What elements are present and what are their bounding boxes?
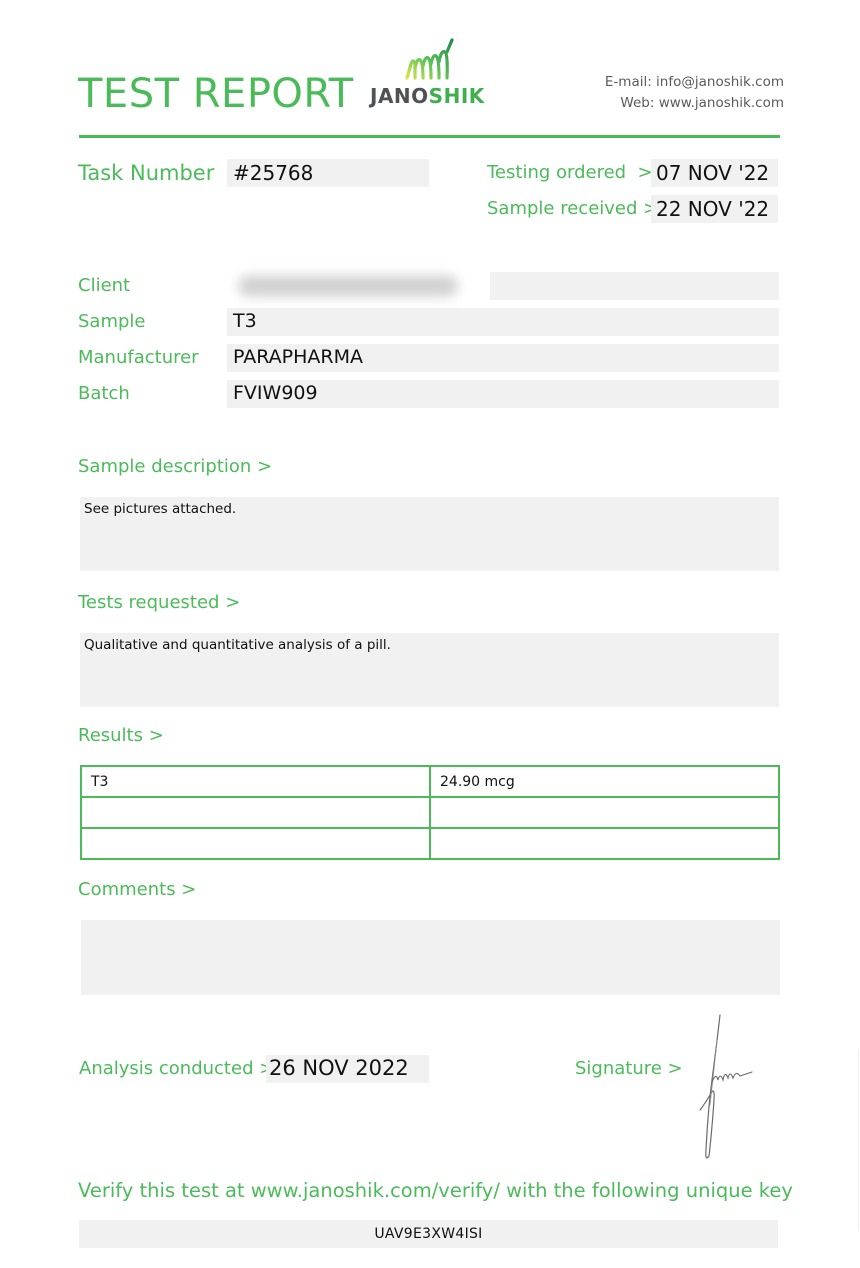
sample-description-text: See pictures attached. <box>84 501 236 517</box>
result-substance <box>81 828 430 859</box>
contact-email[interactable]: E-mail: info@janoshik.com <box>605 72 784 93</box>
results-table: T3 24.90 mcg <box>80 765 780 860</box>
table-row <box>81 797 779 828</box>
result-amount: 24.90 mcg <box>430 766 779 797</box>
table-row: T3 24.90 mcg <box>81 766 779 797</box>
results-label: Results > <box>78 725 164 746</box>
janoshik-logo: JANOSHIK <box>370 38 492 112</box>
result-amount <box>430 797 779 828</box>
client-label: Client <box>78 275 130 296</box>
table-row <box>81 828 779 859</box>
unique-key-field: UAV9E3XW4ISI <box>79 1220 778 1248</box>
comments-label: Comments > <box>78 879 196 900</box>
testing-ordered-label: Testing ordered > <box>487 162 653 183</box>
header-divider <box>79 135 780 138</box>
batch-label: Batch <box>78 383 130 404</box>
manufacturer-label: Manufacturer <box>78 347 199 368</box>
batch-value: FVIW909 <box>233 382 318 404</box>
analysis-conducted-label: Analysis conducted > <box>79 1058 274 1079</box>
contact-info: E-mail: info@janoshik.com Web: www.janos… <box>605 72 784 114</box>
report-title: TEST REPORT <box>78 70 354 118</box>
analysis-conducted-value: 26 NOV 2022 <box>269 1056 409 1080</box>
tests-requested-label: Tests requested > <box>78 592 240 613</box>
sample-field <box>227 308 779 336</box>
tests-requested-text: Qualitative and quantitative analysis of… <box>84 637 391 653</box>
page-edge-line <box>858 1050 859 1230</box>
manufacturer-value: PARAPHARMA <box>233 346 363 368</box>
unique-key-value[interactable]: UAV9E3XW4ISI <box>79 1220 778 1248</box>
result-substance <box>81 797 430 828</box>
sample-description-label: Sample description > <box>78 456 272 477</box>
handwritten-signature-icon <box>690 1010 760 1165</box>
task-number-label: Task Number <box>78 161 214 185</box>
result-substance: T3 <box>81 766 430 797</box>
client-redacted-value <box>238 276 458 296</box>
tests-requested-box: Qualitative and quantitative analysis of… <box>80 633 779 707</box>
sample-label: Sample <box>78 311 146 332</box>
contact-web[interactable]: Web: www.janoshik.com <box>605 93 784 114</box>
sample-description-box: See pictures attached. <box>80 497 779 571</box>
sample-received-value: 22 NOV '22 <box>656 197 769 221</box>
signature-label: Signature > <box>575 1058 683 1079</box>
task-number-value: #25768 <box>233 161 313 185</box>
testing-ordered-value: 07 NOV '22 <box>656 161 769 185</box>
sample-value: T3 <box>233 310 257 332</box>
logo-wordmark: JANOSHIK <box>370 84 485 108</box>
verify-instructions: Verify this test at www.janoshik.com/ver… <box>78 1179 793 1202</box>
comments-box <box>81 920 780 995</box>
rising-bars-logo-icon <box>405 38 455 82</box>
sample-received-label: Sample received > <box>487 198 658 219</box>
result-amount <box>430 828 779 859</box>
